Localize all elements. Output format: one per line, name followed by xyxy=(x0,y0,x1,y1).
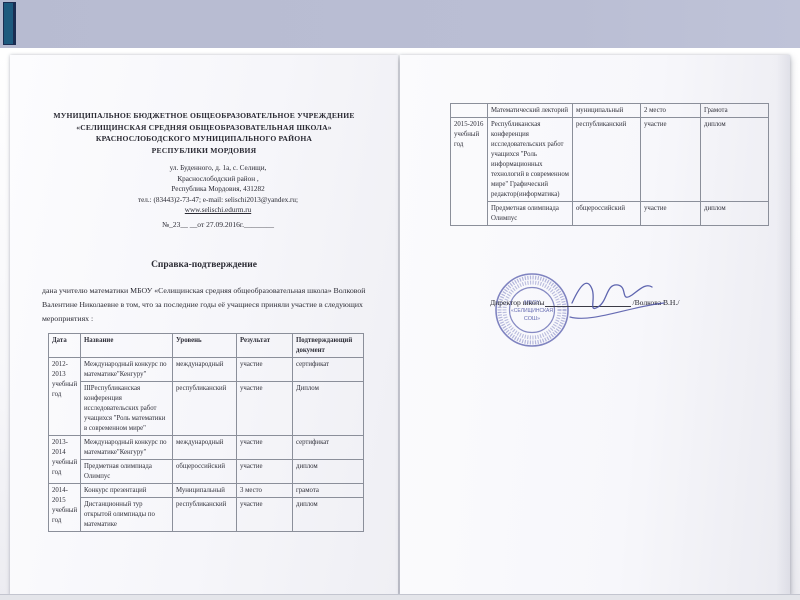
table-row: Дистанционный тур открытой олимпиады по … xyxy=(49,497,364,531)
col-header-date: Дата xyxy=(49,333,81,357)
cell-year xyxy=(451,104,488,118)
page-edge-shading xyxy=(776,55,790,595)
stamp-text-line: СОШ» xyxy=(524,316,540,322)
document-title: Справка-подтверждение xyxy=(10,260,398,270)
cell-result: участие xyxy=(237,497,293,531)
cell-doc: сертификат xyxy=(293,357,364,381)
slide-accent-rectangle xyxy=(3,2,16,45)
cell-doc: диплом xyxy=(701,118,769,202)
cell-doc: диплом xyxy=(293,497,364,531)
cell-level: международный xyxy=(173,435,237,459)
handwritten-signature xyxy=(568,273,668,325)
cell-level: Муниципальный xyxy=(173,483,237,497)
address-line: Краснослободский район , xyxy=(58,174,378,185)
cell-level: международный xyxy=(173,357,237,381)
cell-level: республиканский xyxy=(173,497,237,531)
address-line: Республика Мордовия, 431282 xyxy=(58,184,378,195)
cell-doc: грамота xyxy=(293,483,364,497)
cell-doc: Диплом xyxy=(293,381,364,435)
cell-year: 2015-2016 учебный год xyxy=(451,118,488,226)
cell-result: участие xyxy=(641,118,701,202)
org-line: МУНИЦИПАЛЬНОЕ БЮДЖЕТНОЕ ОБЩЕОБРАЗОВАТЕЛЬ… xyxy=(10,110,398,122)
website-text: www.selischi.edurm.ru xyxy=(58,205,378,216)
cell-name: Конкурс презентаций xyxy=(81,483,173,497)
table-row: Математический лекторий муниципальный 2 … xyxy=(451,104,769,118)
cell-doc: Грамота xyxy=(701,104,769,118)
cell-level: общероссийский xyxy=(173,459,237,483)
cell-level: муниципальный xyxy=(573,104,641,118)
table-row: Предметная олимпиада Олимпус общероссийс… xyxy=(451,202,769,226)
col-header-result: Результат xyxy=(237,333,293,357)
events-table-right: Математический лекторий муниципальный 2 … xyxy=(450,103,769,226)
org-line: КРАСНОСЛОБОДСКОГО МУНИЦИПАЛЬНОГО РАЙОНА xyxy=(10,133,398,145)
cell-level: общероссийский xyxy=(573,202,641,226)
cell-name: Республиканская конференция исследовател… xyxy=(488,118,573,202)
cell-name: Дистанционный тур открытой олимпиады по … xyxy=(81,497,173,531)
cell-result: 3 место xyxy=(237,483,293,497)
cell-year: 2013-2014 учебный год xyxy=(49,435,81,483)
cell-level: республиканский xyxy=(573,118,641,202)
cell-year: 2014-2015 учебный год xyxy=(49,483,81,531)
table-row: IIIРеспубликанская конференция исследова… xyxy=(49,381,364,435)
cell-name: Математический лекторий xyxy=(488,104,573,118)
school-stamp: МБОУ «СЕЛИЩИНСКАЯ СОШ» xyxy=(493,271,571,349)
cell-name: Предметная олимпиада Олимпус xyxy=(488,202,573,226)
cell-result: 2 место xyxy=(641,104,701,118)
org-line: РЕСПУБЛИКИ МОРДОВИЯ xyxy=(10,145,398,157)
cell-name: Международный конкурс по математике"Кенг… xyxy=(81,357,173,381)
cell-result: участие xyxy=(237,381,293,435)
table-header-row: Дата Название Уровень Результат Подтверж… xyxy=(49,333,364,357)
cell-result: участие xyxy=(641,202,701,226)
org-line: «СЕЛИЩИНСКАЯ СРЕДНЯЯ ОБЩЕОБРАЗОВАТЕЛЬНАЯ… xyxy=(10,122,398,134)
address-line: ул. Буденного, д. 1а, с. Селищи, xyxy=(58,163,378,174)
phone-email-line: тел.: (83443)2-73-47; e-mail: selischi20… xyxy=(58,195,378,206)
cell-result: участие xyxy=(237,435,293,459)
cell-name: Предметная олимпиада Олимпус xyxy=(81,459,173,483)
col-header-level: Уровень xyxy=(173,333,237,357)
slide-canvas: МУНИЦИПАЛЬНОЕ БЮДЖЕТНОЕ ОБЩЕОБРАЗОВАТЕЛЬ… xyxy=(0,48,800,600)
intro-paragraph: дана учителю математики МБОУ «Селищинска… xyxy=(42,284,372,326)
slide-top-bar xyxy=(0,0,800,48)
reference-number-line: №_23__ __от 27.09.2016г.________ xyxy=(58,220,378,229)
document-page-left: МУНИЦИПАЛЬНОЕ БЮДЖЕТНОЕ ОБЩЕОБРАЗОВАТЕЛЬ… xyxy=(10,55,398,595)
signer-role: Директор школы xyxy=(490,298,544,307)
cell-year: 2012-2013 учебный год xyxy=(49,357,81,435)
cell-result: участие xyxy=(237,357,293,381)
table-row: 2013-2014 учебный год Международный конк… xyxy=(49,435,364,459)
cell-name: IIIРеспубликанская конференция исследова… xyxy=(81,381,173,435)
presentation-slide: МУНИЦИПАЛЬНОЕ БЮДЖЕТНОЕ ОБЩЕОБРАЗОВАТЕЛЬ… xyxy=(0,0,800,600)
canvas-bottom-edge xyxy=(0,594,800,600)
document-page-right: Математический лекторий муниципальный 2 … xyxy=(400,55,790,595)
stamp-text-line: «СЕЛИЩИНСКАЯ xyxy=(511,308,553,314)
col-header-name: Название xyxy=(81,333,173,357)
table-row: 2012-2013 учебный год Международный конк… xyxy=(49,357,364,381)
cell-level: республиканский xyxy=(173,381,237,435)
contact-block: ул. Буденного, д. 1а, с. Селищи, Краснос… xyxy=(58,163,378,216)
table-row: 2014-2015 учебный год Конкурс презентаци… xyxy=(49,483,364,497)
organization-header: МУНИЦИПАЛЬНОЕ БЮДЖЕТНОЕ ОБЩЕОБРАЗОВАТЕЛЬ… xyxy=(10,110,398,156)
events-table-left: Дата Название Уровень Результат Подтверж… xyxy=(48,333,364,532)
col-header-doc: Подтверждающий документ xyxy=(293,333,364,357)
cell-name: Международный конкурс по математике"Кенг… xyxy=(81,435,173,459)
cell-doc: диплом xyxy=(293,459,364,483)
table-row: Предметная олимпиада Олимпус общероссийс… xyxy=(49,459,364,483)
cell-doc: сертификат xyxy=(293,435,364,459)
cell-result: участие xyxy=(237,459,293,483)
table-row: 2015-2016 учебный год Республиканская ко… xyxy=(451,118,769,202)
cell-doc: диплом xyxy=(701,202,769,226)
